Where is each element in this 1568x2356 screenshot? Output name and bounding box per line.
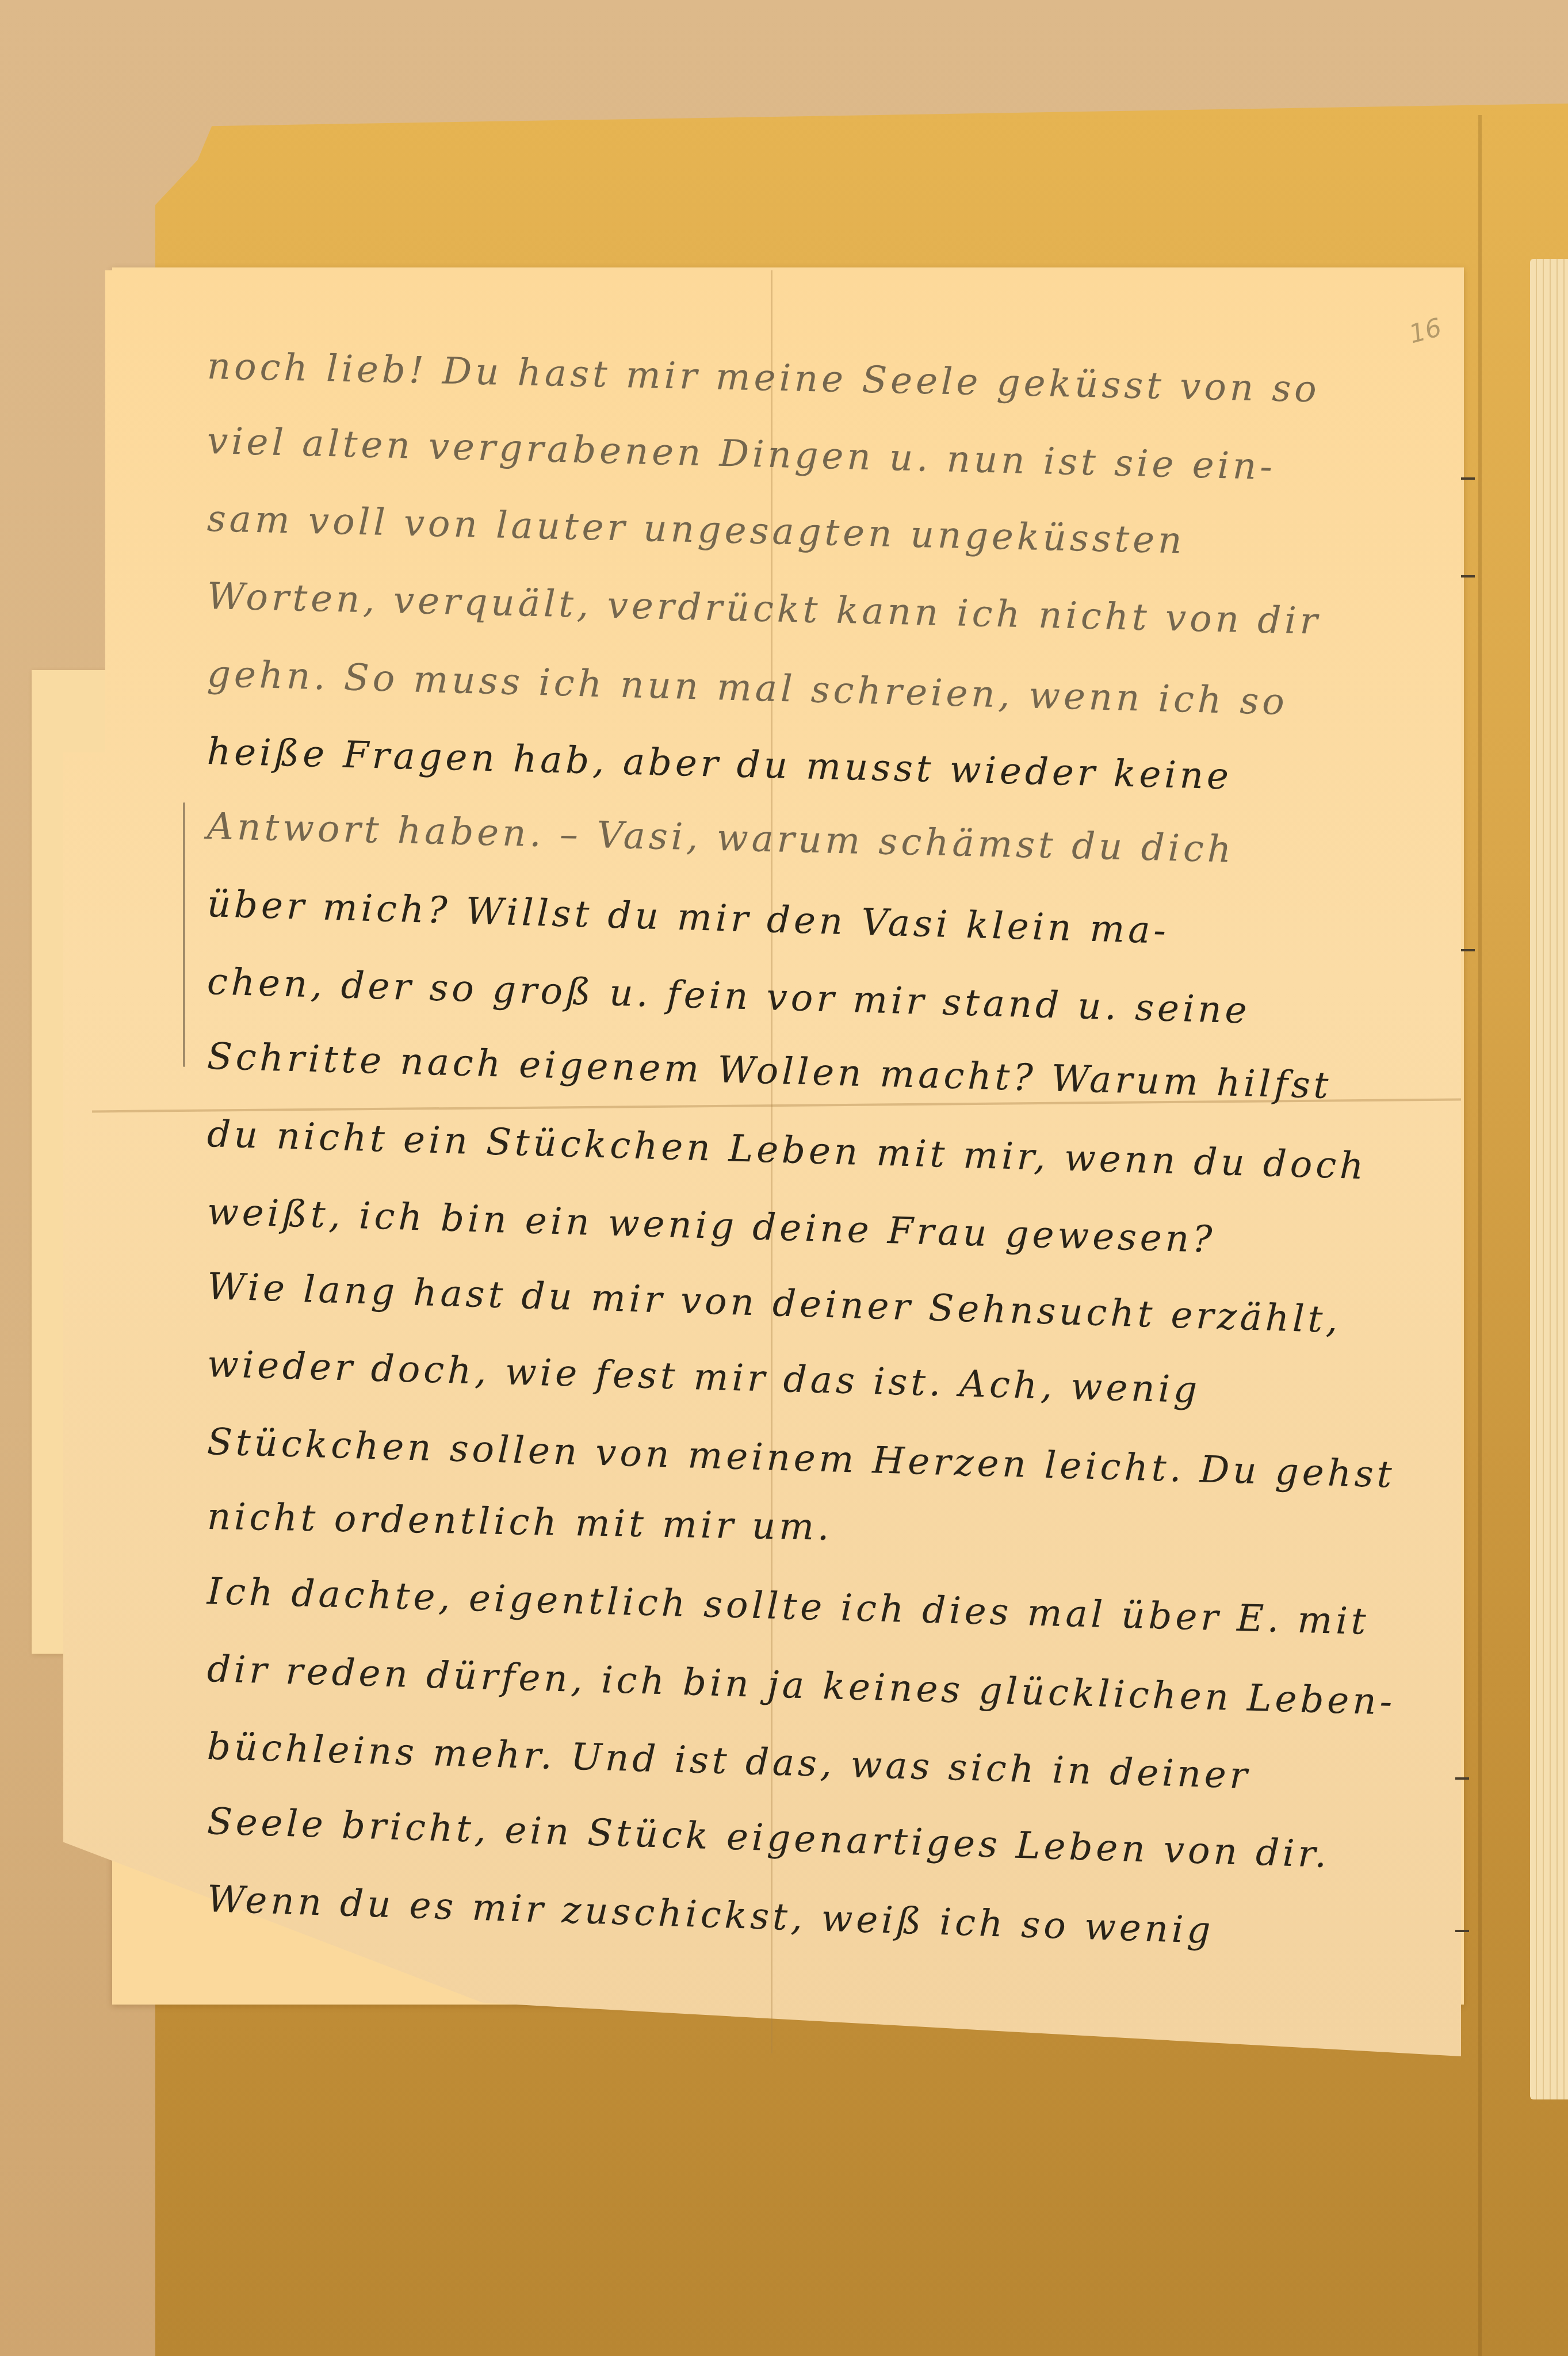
folder-crease (1478, 115, 1482, 2356)
stacked-pages-right (1530, 259, 1568, 2099)
margin-pencil-line (183, 802, 185, 1067)
